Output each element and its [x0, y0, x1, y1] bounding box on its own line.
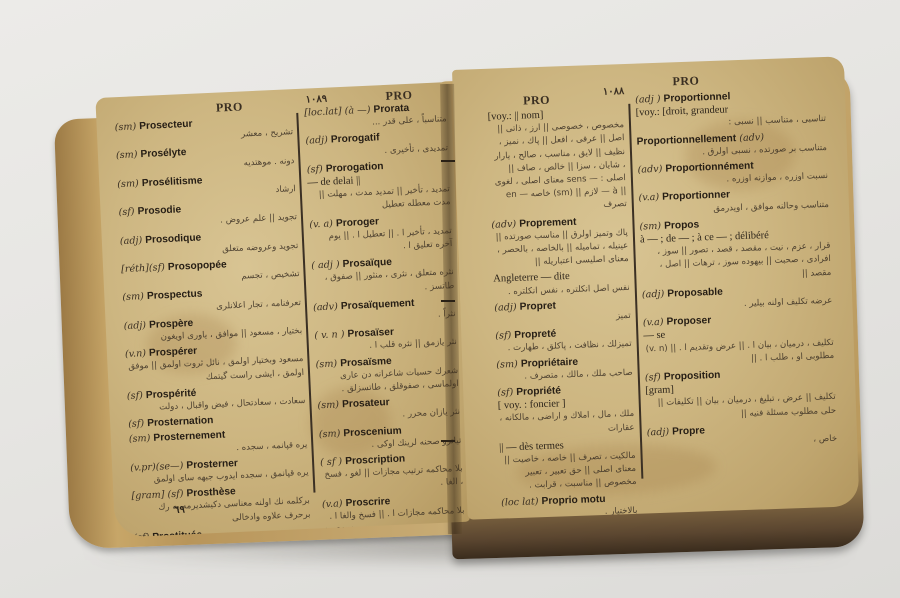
- dictionary-entry: [loc.lat] (à —) Prorataمتناسباً ، علی قد…: [304, 100, 447, 133]
- headword: Prosodique: [145, 232, 201, 246]
- dictionary-entry: (adv) Prosaïquementنثراً .: [313, 295, 456, 328]
- ottoman-definition: شعرك حسیات شاعرانه دن عاری اولماسی ، صفو…: [316, 365, 459, 398]
- headword: Proposition: [664, 370, 721, 383]
- part-of-speech: (v. a): [309, 218, 336, 230]
- headword: Prospère: [149, 318, 194, 331]
- headword: Proprement: [519, 216, 577, 229]
- part-of-speech: (sm): [639, 221, 664, 233]
- dictionary-entry: (adv) Proprementپاك وتمیز اولرق || مناسب…: [491, 214, 629, 272]
- headword: Proportionnel: [663, 91, 730, 104]
- part-of-speech: (adj): [305, 135, 331, 147]
- part-of-speech: (sf): [645, 372, 664, 384]
- binding-stitch: [441, 160, 455, 162]
- ottoman-definition: ملك ، مال ، املاك و اراضی ، مالکانه ، عق…: [498, 408, 635, 439]
- headword: Prorogatif: [331, 133, 380, 146]
- part-of-speech: ( v. n ): [314, 329, 348, 341]
- page-number: ١٠٨٩: [305, 94, 327, 106]
- headword: Prorogation: [326, 161, 384, 175]
- headword: Proprio motu: [541, 494, 605, 507]
- headword: Prosaïque: [342, 257, 392, 270]
- part-of-speech: (sm): [122, 291, 147, 303]
- part-of-speech: (sf): [497, 387, 516, 399]
- headword: Prosecteur: [139, 119, 193, 132]
- headword: Prosternation: [147, 415, 214, 429]
- dictionary-entry: (sm) Prosateurنثر یازان محرر .: [317, 393, 460, 426]
- part-of-speech: ( adj ): [311, 259, 343, 271]
- part-of-speech: ( sf ): [320, 456, 346, 468]
- part-of-speech: (sm): [317, 399, 342, 411]
- headword: Prosélyte: [140, 147, 186, 160]
- part-of-speech: (adj): [494, 302, 520, 314]
- dictionary-entry: (sf) Propriété[ voy. : foncier ]ملك ، ما…: [497, 382, 635, 440]
- ottoman-definition: بلا محاکمه ترتیب مجازات || لغو ، فسخ ، ا…: [320, 463, 463, 496]
- headword: Prorata: [373, 103, 409, 116]
- page-number: ١٠٨٨: [603, 86, 625, 98]
- dictionary-entry: Proportionnellement (adv)متناسب بر صورتد…: [636, 129, 827, 162]
- left-page-left-column: (sm) Prosecteurتشریح ، معشر(sm) Prosélyt…: [114, 113, 313, 537]
- right-page-right-column: (adj ) Proportionnel[voy.: [droit, grand…: [635, 87, 837, 455]
- headword: Prosodie: [137, 205, 181, 218]
- dictionary-entry: (sm) Proposà — ; de — ; à ce — ; délibér…: [639, 214, 831, 287]
- part-of-speech: (v.pr)(se—): [130, 460, 187, 474]
- part-of-speech: [gram] (sf): [131, 489, 187, 502]
- part-of-speech: (adj ): [635, 94, 664, 106]
- binding-stitch: [441, 300, 455, 302]
- headword: Prosaïsme: [340, 356, 392, 369]
- ottoman-definition: مالکیت ، تصرف || خاصه ، خاصیت || معنای ا…: [499, 450, 636, 494]
- headword: Prosaïser: [347, 327, 394, 340]
- part-of-speech: (sm): [114, 121, 139, 133]
- headword: Propos: [664, 219, 699, 231]
- part-of-speech: (adv): [313, 301, 341, 313]
- right-page: PRO ١٠٨٨ PRO [voy.: || nom]مخصوص ، خصوصی…: [452, 56, 859, 519]
- part-of-speech: (adv): [637, 164, 665, 176]
- headword: Proroger: [336, 216, 379, 229]
- headword: Prosterner: [186, 458, 238, 471]
- dictionary-entry: (adj) Propreخاص ،: [647, 420, 838, 453]
- part-of-speech: (sm): [315, 358, 340, 370]
- dictionary-entry: Angleterre — diteنفس اصل انکلتره ، نفس ا…: [493, 268, 630, 299]
- ottoman-definition: تکلیف ، درمیان ، بیان ا . || عرض وتقدیم …: [644, 337, 835, 370]
- binding-stitch: [441, 440, 455, 442]
- dictionary-entry: ( sf ) Proscriptionبلا محاکمه ترتیب مجاز…: [320, 450, 464, 496]
- right-page-left-column: [voy.: || nom]مخصوص ، خصوصی || ارز ، ذات…: [487, 106, 638, 520]
- dictionary-entry: [gram] (sf) Prosthèseبرکلمه نك اولنه معن…: [131, 482, 311, 530]
- part-of-speech: (adj): [124, 320, 150, 332]
- dictionary-entry: (sm) Prosceniumتیاترو صحنه لرینك اوکی .: [319, 422, 462, 455]
- part-of-speech: (v.a): [643, 317, 667, 329]
- part-of-speech: (adj): [120, 235, 146, 247]
- headword: Prospérité: [146, 388, 197, 401]
- part-of-speech: (v.a): [638, 192, 662, 204]
- ottoman-definition: مخصوص ، خصوصی || ارز ، ذاتی || اصل || عر…: [488, 119, 627, 216]
- dictionary-entry: (v.n) Prospérerمسعود وبختیار اولمق ، نائ…: [125, 340, 305, 388]
- headword: Proportionner: [662, 190, 730, 203]
- part-of-speech: (sm): [496, 358, 521, 370]
- dictionary-entry: (adj ) Proportionnel[voy.: [droit, grand…: [635, 87, 826, 133]
- headword: Prosthèse: [186, 486, 236, 499]
- dictionary-entry: || — dès termesمالکیت ، تصرف || خاصه ، خ…: [499, 437, 637, 495]
- dictionary-entry: (v.a) Proportionnerمتناسب وحالنه موافق ،…: [638, 185, 829, 218]
- part-of-speech: (sf): [495, 330, 514, 342]
- part-of-speech: (sm): [116, 150, 141, 162]
- headword: Propriétaire: [521, 356, 579, 369]
- dictionary-entry: (adj) Proposableعرضه تکلیف اولنه بیلیر .: [642, 282, 833, 315]
- part-of-speech: (v.a): [322, 498, 346, 510]
- dictionary-entry: (v.a) Proposer— seتکلیف ، درمیان ، بیان …: [643, 310, 835, 369]
- dictionary-entry: (v.a) Proscrireبلا محاکمه مجازات ا . || …: [322, 491, 465, 524]
- headword: Proposer: [666, 315, 711, 328]
- part-of-speech: (sm): [117, 178, 142, 190]
- part-of-speech: (sf): [118, 207, 137, 219]
- headword: Propriété: [516, 385, 561, 398]
- dictionary-entry: (sm) Prosaïsmeشعرك حسیات شاعرانه دن عاری…: [315, 352, 459, 398]
- photo-scene: PRO ١٠٨٩ PRO (sm) Prosecteurتشریح ، معشر…: [0, 0, 900, 598]
- left-page: PRO ١٠٨٩ PRO (sm) Prosecteurتشریح ، معشر…: [95, 82, 470, 538]
- part-of-speech: (sm): [319, 428, 344, 440]
- dictionary-entry: (adv) Proportionnémentنسبت اوزره ، موازن…: [637, 157, 828, 190]
- dictionary-entry: (sf) Propretéتمیزلك ، نظافت ، پاکلق ، طه…: [495, 325, 632, 356]
- headword: Propreté: [514, 329, 556, 341]
- headword: Prospérer: [149, 346, 198, 359]
- ottoman-definition: نثره متعلق ، نثری ، منثور || صفوق ، طاتس…: [312, 266, 455, 299]
- left-column-header: PRO: [216, 99, 243, 115]
- part-of-speech: (loc lat): [501, 496, 542, 508]
- dictionary-entry: ( adj ) Prosaïqueنثره متعلق ، نثری ، منث…: [311, 253, 455, 299]
- part-of-speech: (sf): [127, 390, 146, 402]
- ottoman-definition: تمدید ، تأخیر ا . || تعطیل ا . || یوم آخ…: [310, 225, 453, 258]
- part-of-speech: (adj): [647, 426, 673, 438]
- part-of-speech: [réth](sf): [121, 262, 168, 275]
- ottoman-definition: تمدید ، تأخیر || تمدید مدت ، مهلت || مدت…: [308, 183, 451, 216]
- part-of-speech: (sf): [307, 164, 326, 176]
- signature-number: ٦٩: [174, 504, 185, 515]
- dictionary-entry: (sf) Prorogation— de delai ||تمدید ، تأخ…: [307, 157, 451, 216]
- dictionary-entry: (adj) Propretتمیز: [494, 297, 631, 328]
- part-of-speech: (sm): [129, 433, 154, 445]
- headword: Proscrire: [345, 496, 390, 509]
- headword: Proposable: [667, 287, 723, 300]
- right-column-header: PRO: [672, 73, 699, 89]
- part-of-speech: (adv): [491, 218, 519, 230]
- dictionary-entry: (sm) Propriétaireصاحب ملك ، مالك ، متصرف…: [496, 354, 633, 385]
- ottoman-definition: تکلیف || عرض ، تبلیغ ، درمیان ، بیان || …: [646, 391, 837, 424]
- dictionary-entry: ( v. n ) Prosaïserنثر یازمق || نثره قلب …: [314, 323, 457, 356]
- dictionary-entry: (sf) Proposition[gram]تکلیف || عرض ، تبل…: [645, 365, 837, 424]
- headword: Propret: [519, 300, 556, 312]
- dictionary-entry: (adj) Prorogatifتمدیدی ، تأخیری .: [305, 129, 448, 162]
- headword: Prospectus: [147, 289, 203, 303]
- ottoman-definition: قرار ، عزم ، نیت ، مقصد ، قصد ، تصور || …: [640, 240, 831, 286]
- part-of-speech: (adv): [736, 132, 764, 144]
- part-of-speech: (v.n): [125, 348, 150, 360]
- dictionary-entry: [voy.: || nom]مخصوص ، خصوصی || ارز ، ذات…: [487, 106, 627, 216]
- dictionary-entry: (v. a) Prorogerتمدید ، تأخیر ا . || تعطی…: [309, 212, 453, 258]
- ottoman-definition: پاك وتمیز اولرق || مناسب صورتده || عینیل…: [492, 227, 629, 271]
- left-column-header: PRO: [523, 93, 550, 109]
- part-of-speech: (sf): [128, 418, 147, 430]
- headword: Propre: [672, 425, 705, 437]
- headword: Prosateur: [342, 397, 390, 410]
- part-of-speech: (adj): [642, 288, 668, 300]
